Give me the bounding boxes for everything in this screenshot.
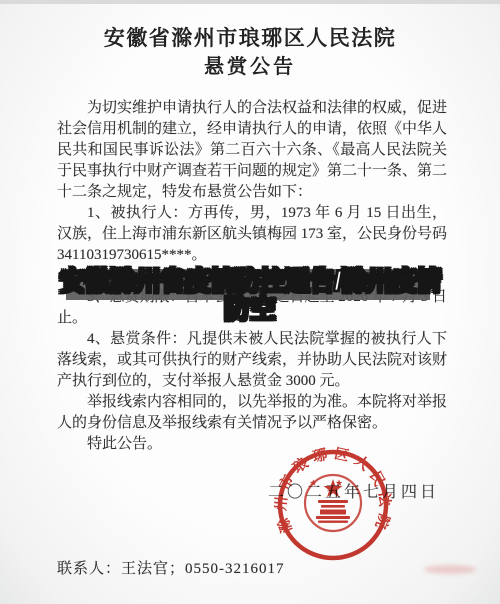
document-title: 悬赏公告 xyxy=(0,55,500,80)
overlay-caption-line1: 安徽滁州省疫情防控通告/滁州疫情 xyxy=(0,266,500,296)
court-name-title: 安徽省滁州市琅琊区人民法院 xyxy=(0,26,500,52)
overlay-caption-line2: 防空 xyxy=(0,296,500,323)
seal-ink-smudge xyxy=(424,565,476,574)
item-1-debtor: 1、被执行人：方再传，男，1973 年 6 月 15 日出生，汉族，住上海市浦东… xyxy=(57,203,447,266)
confidentiality-note: 举报线索内容相同的，以先举报的为准。本院将对举报人的身份信息及举报线索有关情况予… xyxy=(57,392,447,434)
overlay-caption: 安徽滁州省疫情防控通告/滁州疫情 防空 xyxy=(0,266,500,323)
photo-edge-strip xyxy=(0,0,500,4)
title-block: 安徽省滁州市琅琊区人民法院 悬赏公告 xyxy=(0,26,500,80)
national-emblem-icon xyxy=(310,479,350,523)
court-seal: 滁州市琅琊区人民法院 xyxy=(274,446,392,564)
intro-paragraph: 为切实维护申请执行人的合法权益和法律的权威，促进社会信用机制的建立，经申请执行人… xyxy=(57,98,447,203)
scanned-notice-page: 安徽省滁州市琅琊区人民法院 悬赏公告 为切实维护申请执行人的合法权益和法律的权威… xyxy=(0,0,500,604)
item-4-conditions: 4、悬赏条件：凡提供未被人民法院掌握的被执行人下落线索，或其可供执行的财产线索，… xyxy=(57,329,447,392)
